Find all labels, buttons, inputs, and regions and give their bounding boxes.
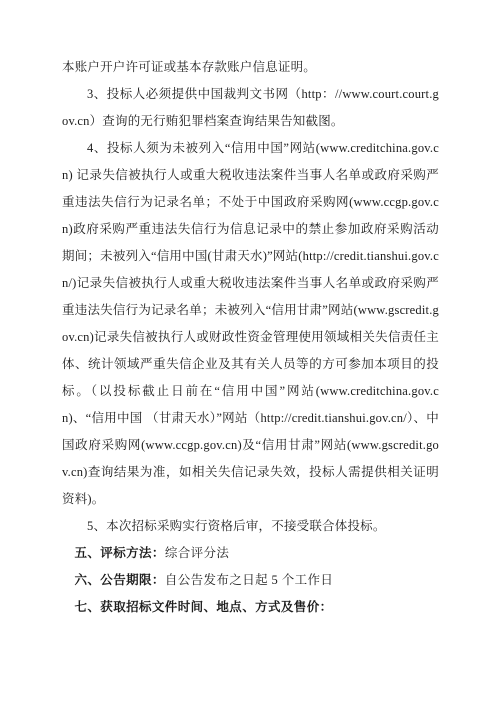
document-content: 本账户开户许可证或基本存款账户信息证明。 3、投标人必须提供中国裁判文书网（ht…	[62, 54, 439, 621]
section-heading-obtain-documents: 七、获取招标文件时间、地点、方式及售价：	[62, 594, 439, 621]
section-heading-label: 五、评标方法：	[75, 546, 165, 560]
paragraph-clause-5: 5、本次招标采购实行资格后审，不接受联合体投标。	[62, 513, 439, 540]
section-heading-value: 综合评分法	[165, 546, 230, 560]
section-heading-value: 自公告发布之日起 5 个工作日	[165, 573, 334, 587]
section-heading-label: 六、公告期限：	[75, 573, 165, 587]
paragraph-clause-3: 3、投标人必须提供中国裁判文书网（http：//www.court.court.…	[62, 81, 439, 135]
section-heading-evaluation-method: 五、评标方法：综合评分法	[62, 540, 439, 567]
section-heading-label: 七、获取招标文件时间、地点、方式及售价：	[75, 600, 333, 614]
document-page: 本账户开户许可证或基本存款账户信息证明。 3、投标人必须提供中国裁判文书网（ht…	[0, 0, 500, 706]
paragraph-account-certificate: 本账户开户许可证或基本存款账户信息证明。	[62, 54, 439, 81]
section-heading-announcement-period: 六、公告期限：自公告发布之日起 5 个工作日	[62, 567, 439, 594]
paragraph-clause-4: 4、投标人须为未被列入“信用中国”网站(www.creditchina.gov.…	[62, 135, 439, 513]
